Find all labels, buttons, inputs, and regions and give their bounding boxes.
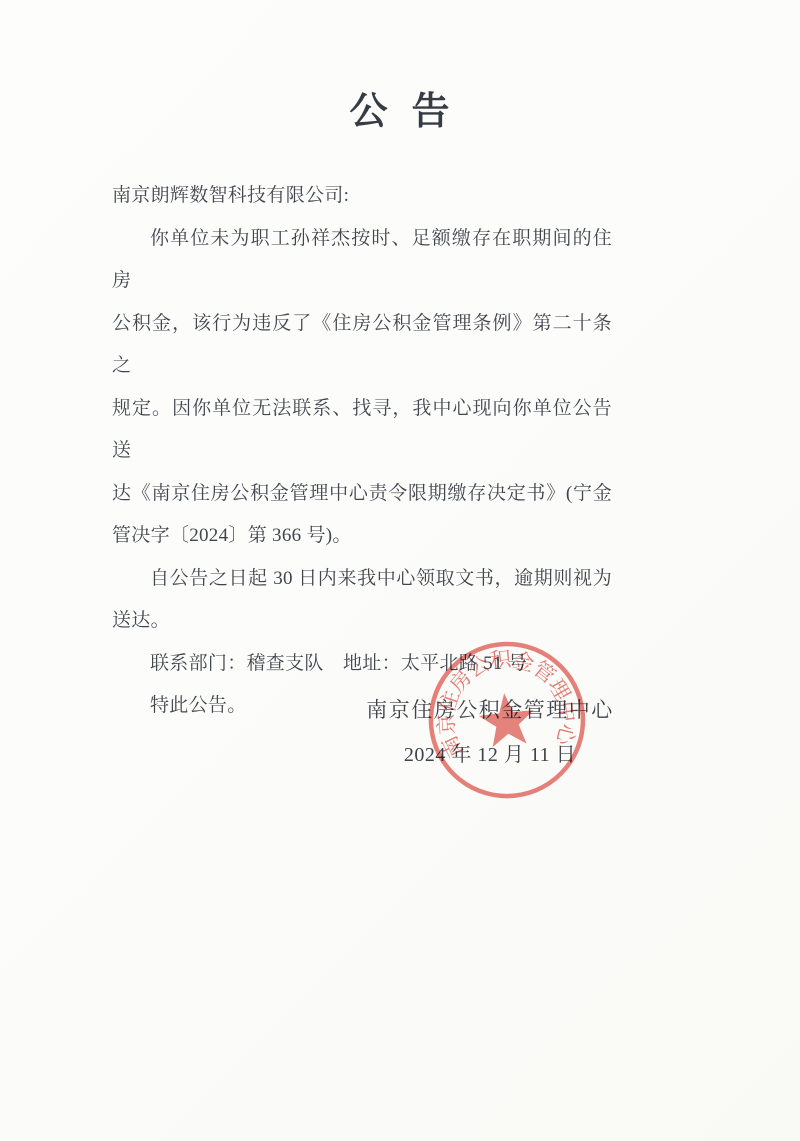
body-line: 管决字〔2024〕第 366 号)。 <box>112 515 612 558</box>
body-line: 自公告之日起 30 日内来我中心领取文书，逾期则视为 <box>112 558 612 601</box>
body-line: 公积金，该行为违反了《住房公积金管理条例》第二十条之 <box>112 303 612 388</box>
body-line: 达《南京住房公积金管理中心责令限期缴存决定书》(宁金 <box>112 473 612 516</box>
page-title: 公 告 <box>0 86 800 138</box>
seal-star-icon <box>477 690 537 748</box>
svg-text:心: 心 <box>551 722 580 749</box>
salutation-line: 南京朗辉数智科技有限公司: <box>112 175 612 218</box>
notice-page: 公 告 南京朗辉数智科技有限公司: 你单位未为职工孙祥杰按时、足额缴存在职期间的… <box>0 0 800 1141</box>
seal-graphic: 南京住房公积金管理中心 <box>423 637 590 804</box>
svg-text:京: 京 <box>434 713 459 736</box>
official-seal: 南京住房公积金管理中心 <box>411 624 603 816</box>
body-line: 规定。因你单位无法联系、找寻，我中心现向你单位公告送 <box>112 388 612 473</box>
body-line: 你单位未为职工孙祥杰按时、足额缴存在职期间的住房 <box>112 218 612 303</box>
svg-text:中: 中 <box>554 700 581 724</box>
